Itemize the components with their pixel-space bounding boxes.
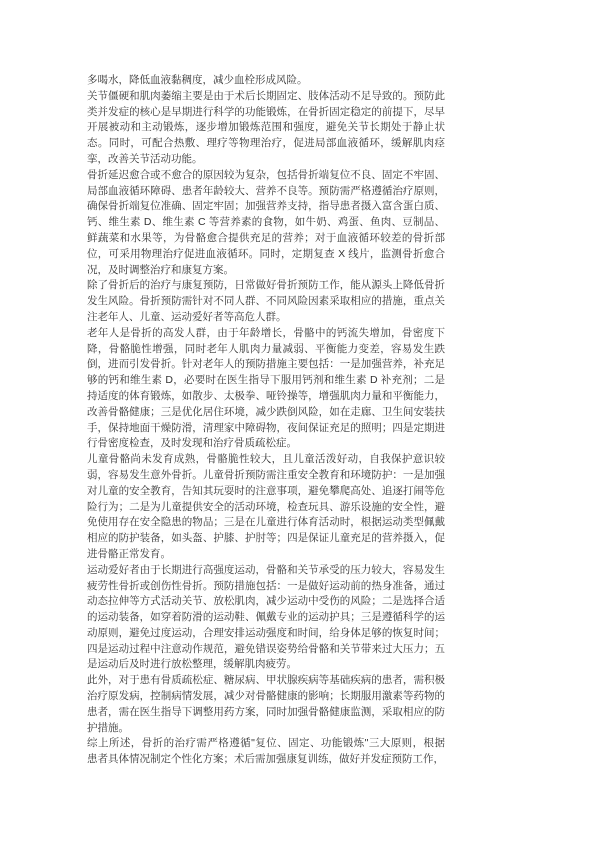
document-text-block: 多喝水，降低血液黏稠度，减少血栓形成风险。关节僵硬和肌肉萎缩主要是由于术后长期固…	[87, 73, 445, 768]
text-line: 开展被动和主动锻炼，逐步增加锻炼范围和强度，避免关节长期处于静止状	[87, 120, 445, 136]
text-line: 局部血液循环障碍、患者年龄较大、营养不良等。预防需严格遵循治疗原则，	[87, 184, 445, 200]
text-line: 改善骨骼健康；三是优化居住环境，减少跌倒风险，如在走廊、卫生间安装扶	[87, 405, 445, 421]
text-line: 降，骨骼脆性增强，同时老年人肌肉力量减弱、平衡能力变差，容易发生跌	[87, 342, 445, 358]
text-line: 治疗原发病，控制病情发展，减少对骨骼健康的影响；长期服用激素等药物的	[87, 689, 445, 705]
text-line: 弱，容易发生意外骨折。儿童骨折预防需注重安全教育和环境防护：一是加强	[87, 468, 445, 484]
paragraph: 老年人是骨折的高发人群，由于年龄增长，骨骼中的钙流失增加，骨密度下降，骨骼脆性增…	[87, 326, 445, 452]
text-line: 够的钙和维生素 D，必要时在医生指导下服用钙剂和维生素 D 补充剂；二是坚	[87, 373, 445, 389]
paragraph: 运动爱好者由于长期进行高强度运动，骨骼和关节承受的压力较大，容易发生疲劳性骨折或…	[87, 563, 445, 674]
text-line: 钙、维生素 D、维生素 C 等营养素的食物，如牛奶、鸡蛋、鱼肉、豆制品、新	[87, 215, 445, 231]
text-line: 儿童骨骼尚未发育成熟，骨骼脆性较大，且儿童活泼好动，自我保护意识较	[87, 452, 445, 468]
text-line: 手，保持地面干燥防滑，清理家中障碍物，夜间保证充足的照明；四是定期进	[87, 421, 445, 437]
text-line: 疲劳性骨折或创伤性骨折。预防措施包括：一是做好运动前的热身准备，通过	[87, 579, 445, 595]
document-page: 多喝水，降低血液黏稠度，减少血栓形成风险。关节僵硬和肌肉萎缩主要是由于术后长期固…	[0, 0, 595, 841]
text-line: 倒，进而引发骨折。针对老年人的预防措施主要包括：一是加强营养，补充足	[87, 357, 445, 373]
text-line: 态。同时，可配合热敷、理疗等物理治疗，促进局部血液循环，缓解肌肉痉	[87, 136, 445, 152]
text-line: 对儿童的安全教育，告知其玩耍时的注意事项，避免攀爬高处、追逐打闹等危	[87, 484, 445, 500]
paragraph: 此外，对于患有骨质疏松症、糖尿病、甲状腺疾病等基础疾病的患者，需积极治疗原发病，…	[87, 673, 445, 736]
paragraph: 多喝水，降低血液黏稠度，减少血栓形成风险。	[87, 73, 445, 89]
text-line: 护措施。	[87, 721, 445, 737]
text-line: 运动爱好者由于长期进行高强度运动，骨骼和关节承受的压力较大，容易发生	[87, 563, 445, 579]
text-line: 险行为；二是为儿童提供安全的活动环境，检查玩具、游乐设施的安全性，避	[87, 500, 445, 516]
text-line: 此外，对于患有骨质疏松症、糖尿病、甲状腺疾病等基础疾病的患者，需积极	[87, 673, 445, 689]
text-line: 关节僵硬和肌肉萎缩主要是由于术后长期固定、肢体活动不足导致的。预防此	[87, 89, 445, 105]
text-line: 类并发症的核心是早期进行科学的功能锻炼，在骨折固定稳定的前提下，尽早	[87, 105, 445, 121]
text-line: 是运动后及时进行放松整理，缓解肌肉疲劳。	[87, 657, 445, 673]
text-line: 动态拉伸等方式活动关节、放松肌肉，减少运动中受伤的风险；二是选择合适	[87, 594, 445, 610]
text-line: 综上所述，骨折的治疗需严格遵循"复位、固定、功能锻炼"三大原则，根据	[87, 736, 445, 752]
text-line: 患者，需在医生指导下调整用药方案，同时加强骨骼健康监测，采取相应的防	[87, 705, 445, 721]
text-line: 发生风险。骨折预防需针对不同人群、不同风险因素采取相应的措施，重点关	[87, 294, 445, 310]
text-line: 注老年人、儿童、运动爱好者等高危人群。	[87, 310, 445, 326]
text-line: 挛，改善关节活动功能。	[87, 152, 445, 168]
text-line: 除了骨折后的治疗与康复预防，日常做好骨折预防工作，能从源头上降低骨折	[87, 278, 445, 294]
text-line: 免使用存在安全隐患的物品；三是在儿童进行体育活动时，根据运动类型佩戴	[87, 515, 445, 531]
text-line: 鲜蔬菜和水果等，为骨骼愈合提供充足的营养；对于血液循环较差的骨折部	[87, 231, 445, 247]
text-line: 的运动装备，如穿着防滑的运动鞋、佩戴专业的运动护具；三是遵循科学的运	[87, 610, 445, 626]
text-line: 四是运动过程中注意动作规范，避免错误姿势给骨骼和关节带来过大压力；五	[87, 642, 445, 658]
text-line: 患者具体情况制定个性化方案；术后需加强康复训练，做好并发症预防工作，	[87, 752, 445, 768]
paragraph: 关节僵硬和肌肉萎缩主要是由于术后长期固定、肢体活动不足导致的。预防此类并发症的核…	[87, 89, 445, 168]
paragraph: 骨折延迟愈合或不愈合的原因较为复杂，包括骨折端复位不良、固定不牢固、局部血液循环…	[87, 168, 445, 279]
text-line: 进骨骼正常发育。	[87, 547, 445, 563]
text-line: 骨折延迟愈合或不愈合的原因较为复杂，包括骨折端复位不良、固定不牢固、	[87, 168, 445, 184]
text-line: 确保骨折端复位准确、固定牢固；加强营养支持，指导患者摄入富含蛋白质、	[87, 199, 445, 215]
text-line: 行骨密度检查，及时发现和治疗骨质疏松症。	[87, 436, 445, 452]
text-line: 况，及时调整治疗和康复方案。	[87, 263, 445, 279]
text-line: 多喝水，降低血液黏稠度，减少血栓形成风险。	[87, 73, 445, 89]
text-line: 相应的防护装备，如头盔、护膝、护肘等；四是保证儿童充足的营养摄入，促	[87, 531, 445, 547]
paragraph: 综上所述，骨折的治疗需严格遵循"复位、固定、功能锻炼"三大原则，根据患者具体情况…	[87, 736, 445, 768]
text-line: 老年人是骨折的高发人群，由于年龄增长，骨骼中的钙流失增加，骨密度下	[87, 326, 445, 342]
paragraph: 除了骨折后的治疗与康复预防，日常做好骨折预防工作，能从源头上降低骨折发生风险。骨…	[87, 278, 445, 325]
paragraph: 儿童骨骼尚未发育成熟，骨骼脆性较大，且儿童活泼好动，自我保护意识较弱，容易发生意…	[87, 452, 445, 563]
text-line: 位，可采用物理治疗促进血液循环。同时，定期复查 X 线片，监测骨折愈合情	[87, 247, 445, 263]
text-line: 持适度的体育锻炼，如散步、太极拳、哑铃操等，增强肌肉力量和平衡能力，	[87, 389, 445, 405]
text-line: 动原则，避免过度运动，合理安排运动强度和时间，给身体足够的恢复时间；	[87, 626, 445, 642]
